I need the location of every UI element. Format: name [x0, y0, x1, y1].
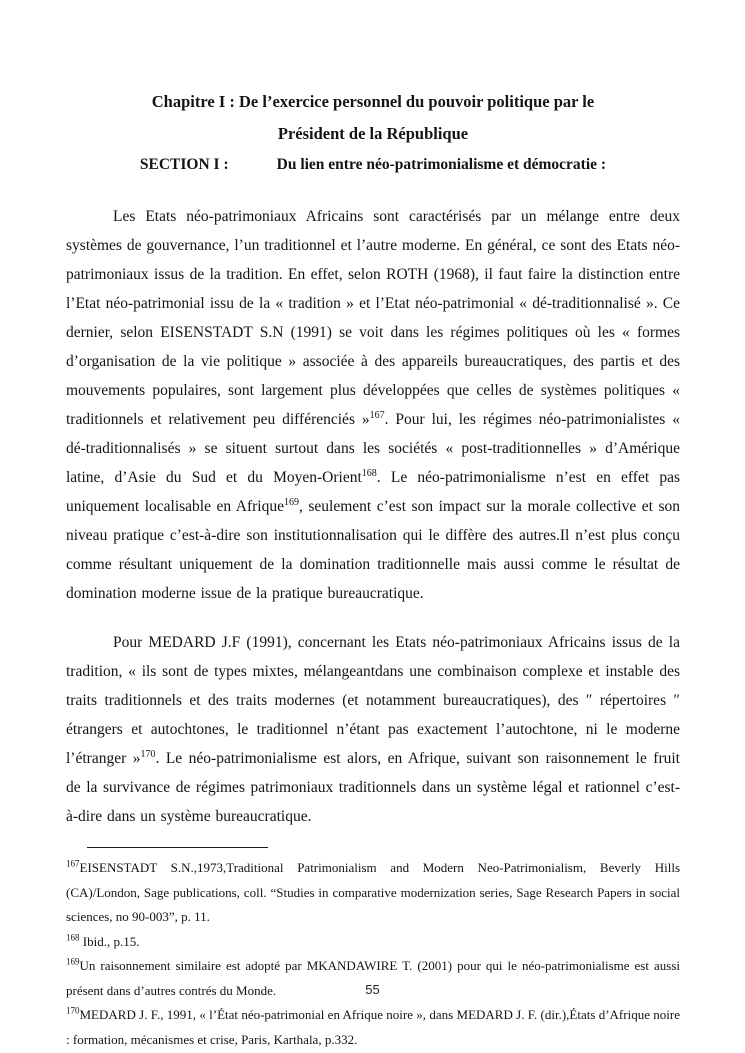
footnote-ref: 170 — [140, 749, 155, 760]
document-page: Chapitre I : De l’exercice personnel du … — [0, 0, 745, 1053]
chapter-title: Chapitre I : De l’exercice personnel du … — [76, 86, 670, 150]
footnote-text: Ibid., p.15. — [80, 934, 140, 949]
footnote-text: MEDARD J. F., 1991, « l’État néo-patrimo… — [66, 1007, 680, 1047]
footnote-168: 168 Ibid., p.15. — [66, 930, 680, 955]
chapter-title-line-2: Président de la République — [76, 118, 670, 150]
footnote-text: EISENSTADT S.N.,1973,Traditional Patrimo… — [66, 860, 680, 924]
footnote-ref: 167 — [370, 410, 385, 421]
chapter-title-line-1: Chapitre I : De l’exercice personnel du … — [76, 86, 670, 118]
footnote-number: 167 — [66, 859, 80, 869]
body-text: Les Etats néo-patrimoniaux Africains son… — [66, 202, 680, 831]
footnote-number: 168 — [66, 932, 80, 942]
section-heading: SECTION I : Du lien entre néo-patrimonia… — [66, 154, 680, 176]
footnote-number: 170 — [66, 1006, 80, 1016]
paragraph-2: Pour MEDARD J.F (1991), concernant les E… — [66, 628, 680, 831]
footnotes: 167EISENSTADT S.N.,1973,Traditional Patr… — [66, 856, 680, 1052]
footnote-ref: 169 — [284, 497, 299, 508]
footnote-167: 167EISENSTADT S.N.,1973,Traditional Patr… — [66, 856, 680, 930]
section-label: SECTION I : — [140, 154, 229, 176]
footnote-ref: 168 — [362, 468, 377, 479]
footnote-170: 170MEDARD J. F., 1991, « l’État néo-patr… — [66, 1003, 680, 1052]
footnote-separator — [87, 847, 268, 848]
section-title: Du lien entre néo-patrimonialisme et dém… — [277, 154, 606, 176]
paragraph-1: Les Etats néo-patrimoniaux Africains son… — [66, 202, 680, 608]
page-number: 55 — [0, 982, 745, 997]
footnote-number: 169 — [66, 957, 80, 967]
